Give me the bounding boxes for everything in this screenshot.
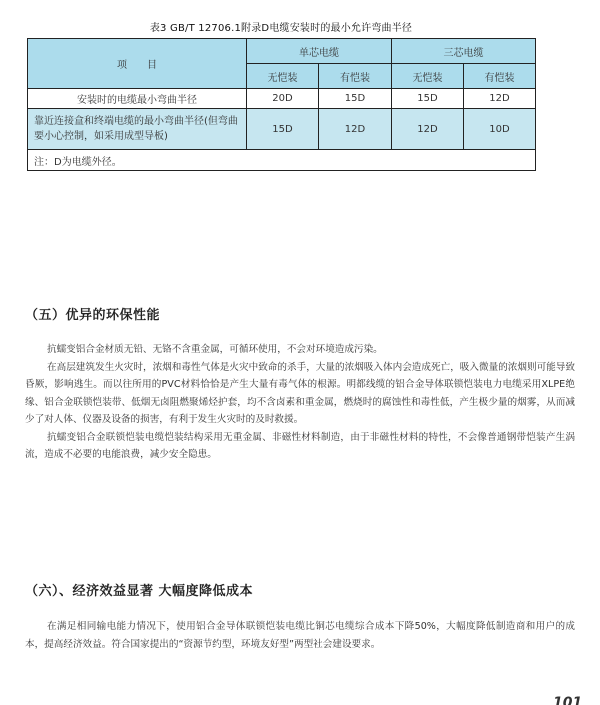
section-five-body: 抗蠕变铝合金材质无铅、无铬不含重金属，可循环使用，不会对环境造成污染。 在高层建…	[25, 341, 575, 464]
page-number: 101	[553, 695, 582, 705]
paragraph: 抗蠕变铝合金材质无铅、无铬不含重金属，可循环使用，不会对环境造成污染。	[25, 341, 575, 359]
paragraph: 在满足相同输电能力情况下，使用铝合金导体联锁恺装电缆比铜芯电缆综合成本下降50%…	[25, 618, 575, 653]
cell-value: 12D	[319, 109, 392, 150]
row-item: 靠近连接盒和终端电缆的最小弯曲半径(但弯曲要小心控制，如采用成型导板)	[28, 109, 247, 150]
table-row: 安装时的电缆最小弯曲半径 20D 15D 15D 12D	[28, 89, 536, 109]
paragraph: 抗蠕变铝合金联锁恺装电缆恺装结构采用无重金属、非磁性材料制造，由于非磁性材料的特…	[25, 429, 575, 464]
header-single-core: 单芯电缆	[247, 39, 392, 64]
table-row: 靠近连接盒和终端电缆的最小弯曲半径(但弯曲要小心控制，如采用成型导板) 15D …	[28, 109, 536, 150]
bending-radius-table: 项 目 单芯电缆 三芯电缆 无恺装 有恺装 无恺装 有恺装 安装时的电缆最小弯曲…	[27, 38, 536, 171]
table-caption: 表3 GB/T 12706.1附录D电缆安装时的最小允许弯曲半径	[0, 19, 562, 34]
cell-value: 20D	[247, 89, 319, 109]
subheader-unarmored-three: 无恺装	[392, 64, 464, 89]
cell-value: 15D	[319, 89, 392, 109]
cell-value: 15D	[392, 89, 464, 109]
section-five-title: （五）优异的环保性能	[25, 304, 160, 323]
cell-value: 15D	[247, 109, 319, 150]
table-note-row: 注：D为电缆外径。	[28, 150, 536, 171]
header-item: 项 目	[28, 39, 247, 89]
subheader-armored-three: 有恺装	[464, 64, 536, 89]
cell-value: 12D	[392, 109, 464, 150]
table-note: 注：D为电缆外径。	[28, 150, 536, 171]
header-three-core: 三芯电缆	[392, 39, 536, 64]
cell-value: 12D	[464, 89, 536, 109]
table-header-row: 项 目 单芯电缆 三芯电缆	[28, 39, 536, 64]
row-item: 安装时的电缆最小弯曲半径	[28, 89, 247, 109]
section-six-title: （六）、经济效益显著 大幅度降低成本	[25, 580, 253, 599]
cell-value: 10D	[464, 109, 536, 150]
paragraph: 在高层建筑发生火灾时，浓烟和毒性气体是火灾中致命的杀手，大量的浓烟吸入体内会造成…	[25, 359, 575, 429]
subheader-armored-single: 有恺装	[319, 64, 392, 89]
section-six-body: 在满足相同输电能力情况下，使用铝合金导体联锁恺装电缆比铜芯电缆综合成本下降50%…	[25, 618, 575, 653]
subheader-unarmored-single: 无恺装	[247, 64, 319, 89]
